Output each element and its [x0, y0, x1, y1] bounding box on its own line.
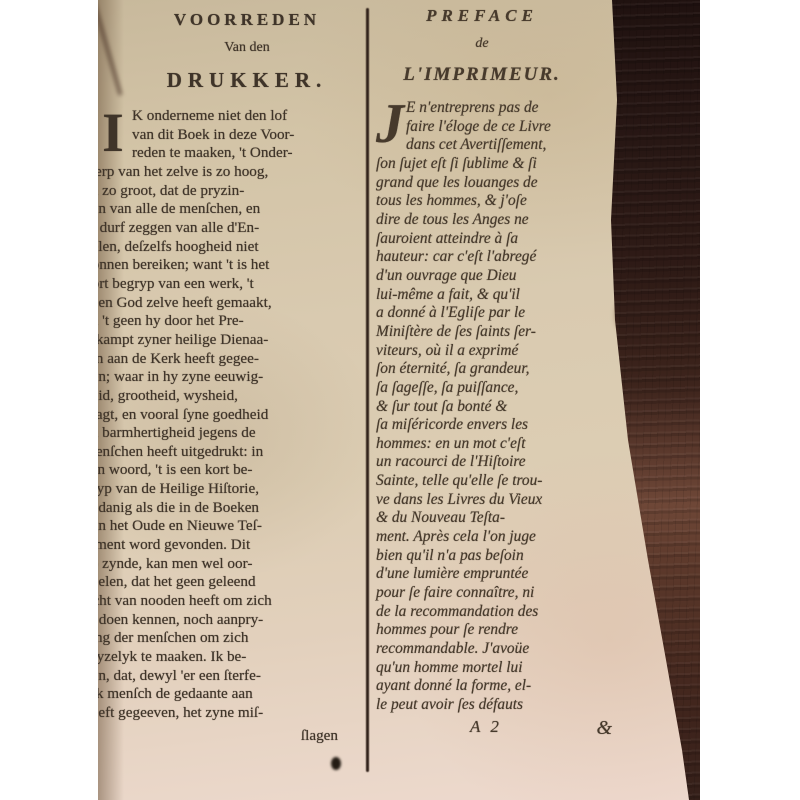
left-catchword: ſlagen	[98, 727, 366, 745]
left-column-dutch: VOORREDEN Van den DRUKKER. IK onderneme …	[98, 10, 366, 745]
left-column-header: VOORREDEN Van den DRUKKER.	[98, 10, 366, 93]
left-drop-cap: I	[98, 109, 128, 157]
left-header-main: DRUKKER.	[128, 68, 366, 93]
right-drop-cap: J	[376, 103, 402, 145]
screenshot-root: { "book_photo": { "description": "photog…	[0, 0, 800, 800]
left-body-text: K onderneme niet den lof van dit Boek in…	[98, 107, 294, 721]
left-header-title: VOORREDEN	[128, 10, 366, 30]
right-body-text: E n'entreprens pas de faire l'éloge de c…	[376, 99, 551, 713]
right-column-header: PREFACE de L'IMPRIMEUR.	[376, 6, 588, 86]
book-photo: VOORREDEN Van den DRUKKER. IK onderneme …	[98, 0, 700, 800]
signature-mark: A 2	[470, 717, 502, 737]
right-column-footer: A 2 &	[376, 717, 626, 741]
right-header-subtitle: de	[376, 36, 588, 52]
right-header-main: L'IMPRIMEUR.	[376, 64, 588, 86]
left-header-subtitle: Van den	[128, 40, 366, 56]
left-body-paragraph: IK onderneme niet den lof van dit Boek i…	[98, 107, 366, 723]
right-column-french: PREFACE de L'IMPRIMEUR. JE n'entreprens …	[376, 6, 626, 741]
right-header-title: PREFACE	[376, 6, 588, 26]
book-page: VOORREDEN Van den DRUKKER. IK onderneme …	[98, 0, 700, 800]
right-body-paragraph: JE n'entreprens pas de faire l'éloge de …	[376, 99, 626, 715]
right-catchword: &	[596, 717, 612, 740]
column-divider-rule	[366, 8, 369, 772]
ink-blot	[331, 757, 341, 770]
